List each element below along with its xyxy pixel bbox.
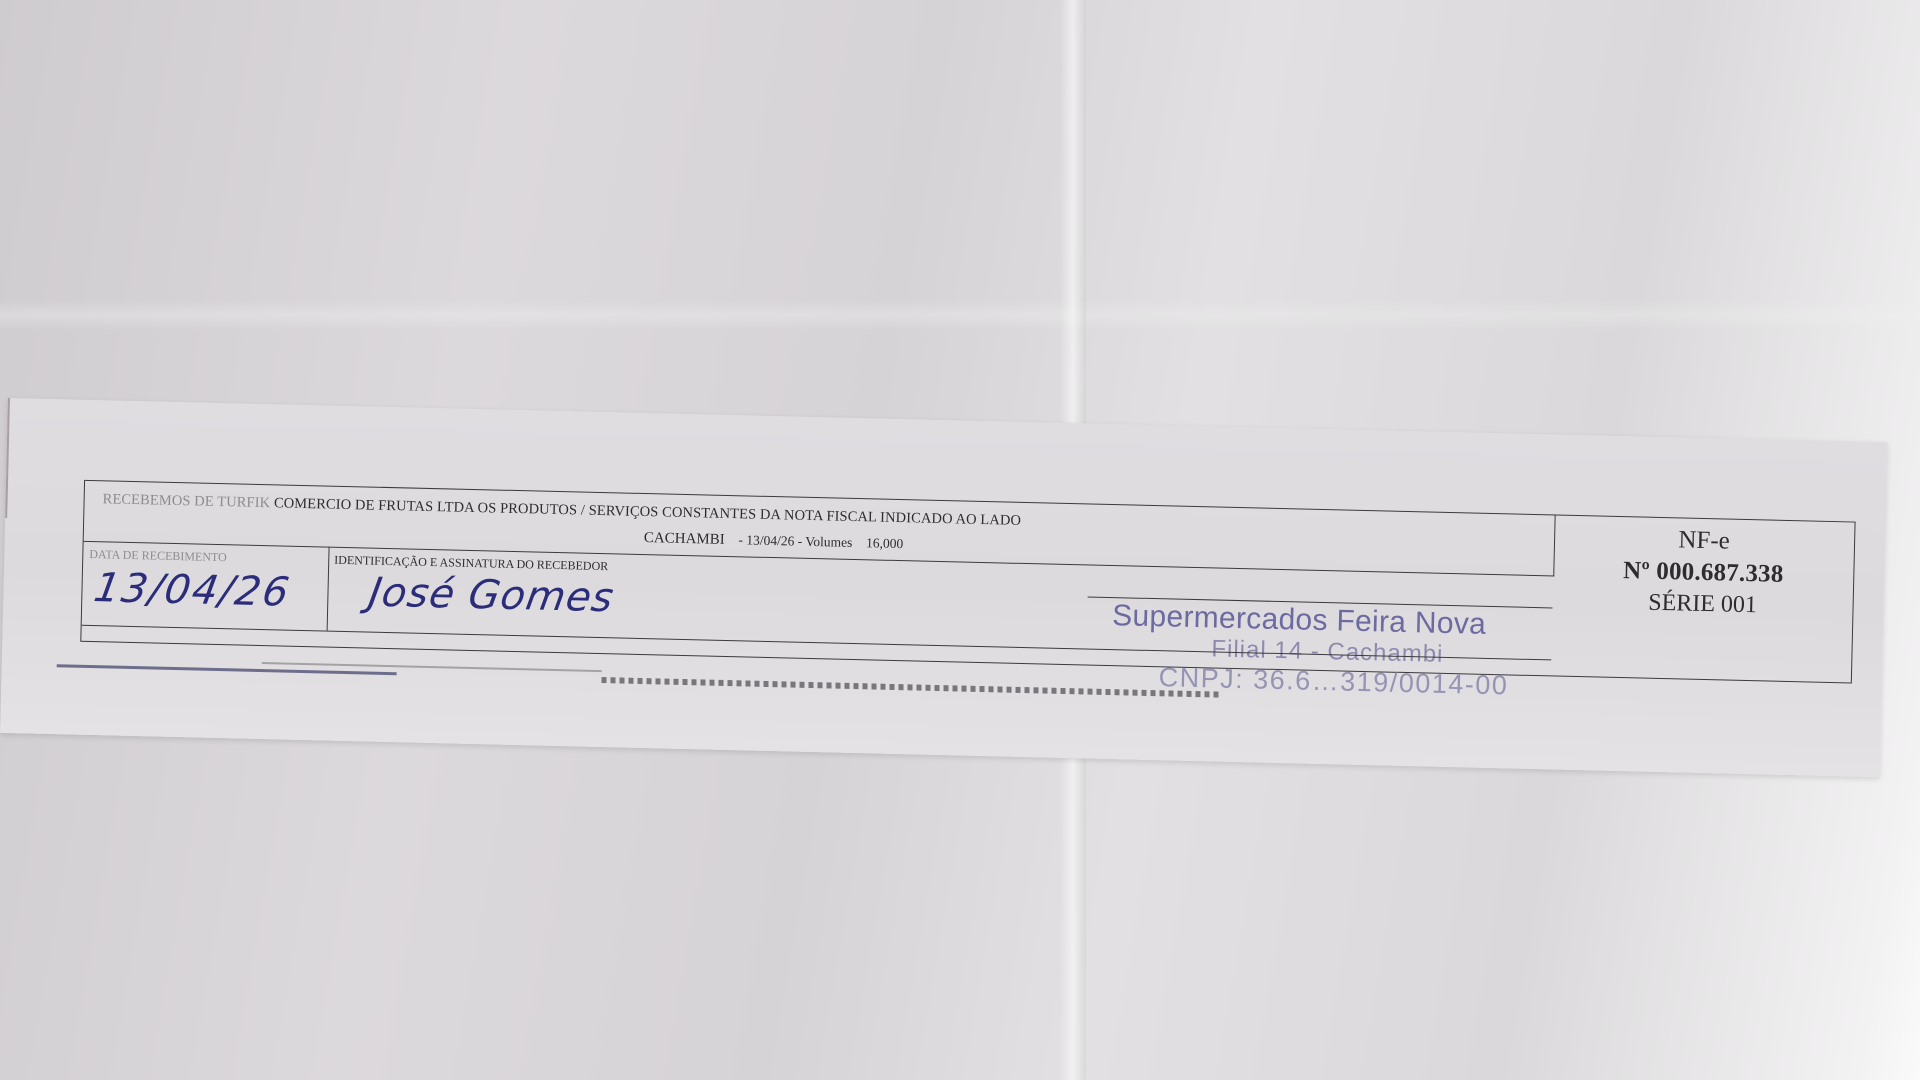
declaration-body: COMERCIO DE FRUTAS LTDA OS PRODUTOS / SE… [274, 495, 1022, 529]
declaration-text: RECEBEMOS DE TURFIK COMERCIO DE FRUTAS L… [102, 491, 1021, 530]
declaration-faded-prefix: RECEBEMOS DE TURFIK [102, 491, 270, 511]
receipt-form: RECEBEMOS DE TURFIK COMERCIO DE FRUTAS L… [80, 480, 1855, 684]
handwritten-date: 13/04/26 [91, 565, 294, 615]
handwritten-signature: José Gomes [366, 570, 618, 622]
destination: CACHAMBI [644, 530, 725, 548]
paper-fold-horizontal [0, 300, 1920, 330]
receipt-date-field: DATA DE RECEBIMENTO 13/04/26 [82, 541, 330, 631]
torn-edge [5, 398, 16, 518]
nfe-box: NF-e Nº 000.687.338 SÉRIE 001 [1551, 515, 1855, 682]
nfe-serie: SÉRIE 001 [1552, 587, 1853, 621]
issue-date: - 13/04/26 - Volumes [738, 532, 852, 550]
receipt-date-label: DATA DE RECEBIMENTO [89, 547, 227, 565]
shipment-details: CACHAMBI - 13/04/26 - Volumes 16,000 [644, 530, 914, 553]
nfe-title: NF-e [1554, 523, 1855, 558]
nfe-number: Nº 000.687.338 [1553, 555, 1854, 590]
receipt-slip: RECEBEMOS DE TURFIK COMERCIO DE FRUTAS L… [0, 398, 1887, 777]
volumes-count: 16,000 [866, 535, 903, 551]
